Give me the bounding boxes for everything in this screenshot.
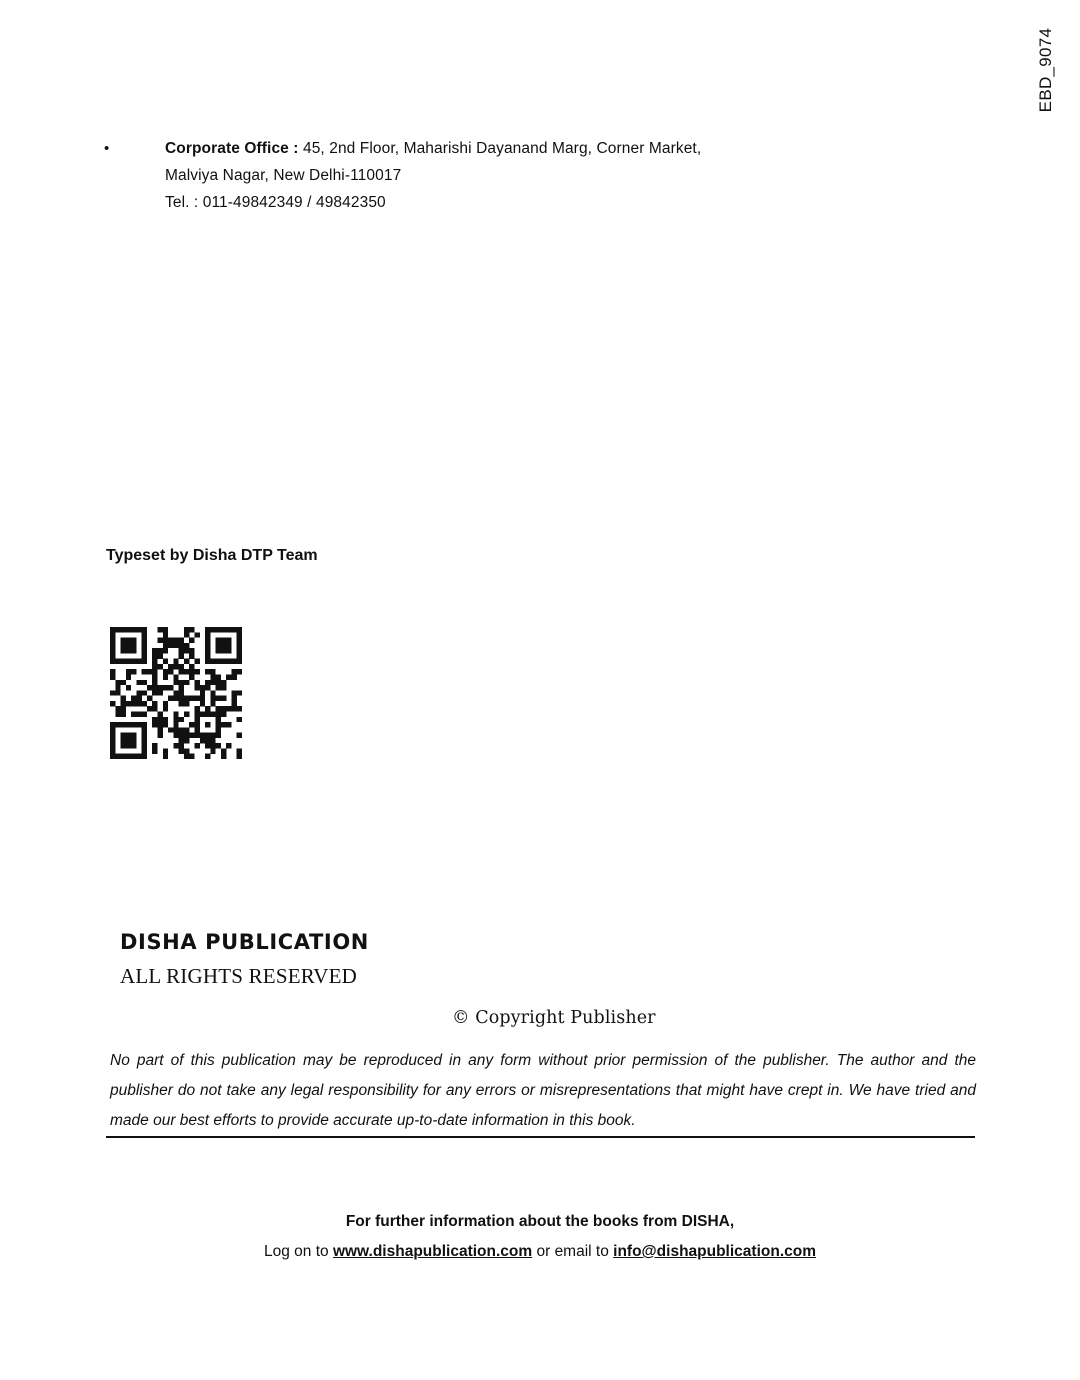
logon-line: Log on to www.dishapublication.com or em… — [0, 1243, 1080, 1261]
qr-code-icon[interactable] — [110, 627, 242, 759]
corporate-office-line-1: Corporate Office : 45, 2nd Floor, Mahari… — [165, 140, 701, 158]
disclaimer-text: No part of this publication may be repro… — [110, 1046, 976, 1136]
corporate-office-line-2: Malviya Nagar, New Delhi-110017 — [165, 167, 401, 185]
publisher-name: DISHA PUBLICATION — [120, 930, 369, 954]
page-code-label: EBD_9074 — [1034, 24, 1058, 116]
page-code: EBD_9074 — [1036, 28, 1056, 113]
divider — [106, 1136, 975, 1138]
corporate-office-address: 45, 2nd Floor, Maharishi Dayanand Marg, … — [299, 140, 702, 157]
copyright-notice: © Copyright Publisher — [452, 1008, 656, 1028]
corporate-office-label: Corporate Office : — [165, 140, 299, 157]
email-link[interactable]: info@dishapublication.com — [613, 1243, 816, 1260]
further-info-text: For further information about the books … — [0, 1213, 1080, 1231]
email-prefix: or email to — [532, 1243, 613, 1260]
website-link[interactable]: www.dishapublication.com — [333, 1243, 532, 1260]
corporate-office-phone: Tel. : 011-49842349 / 49842350 — [165, 194, 386, 212]
bullet-marker: • — [104, 140, 109, 157]
typeset-credit: Typeset by Disha DTP Team — [106, 547, 318, 565]
logon-prefix: Log on to — [264, 1243, 333, 1260]
rights-notice: ALL RIGHTS RESERVED — [120, 964, 357, 989]
